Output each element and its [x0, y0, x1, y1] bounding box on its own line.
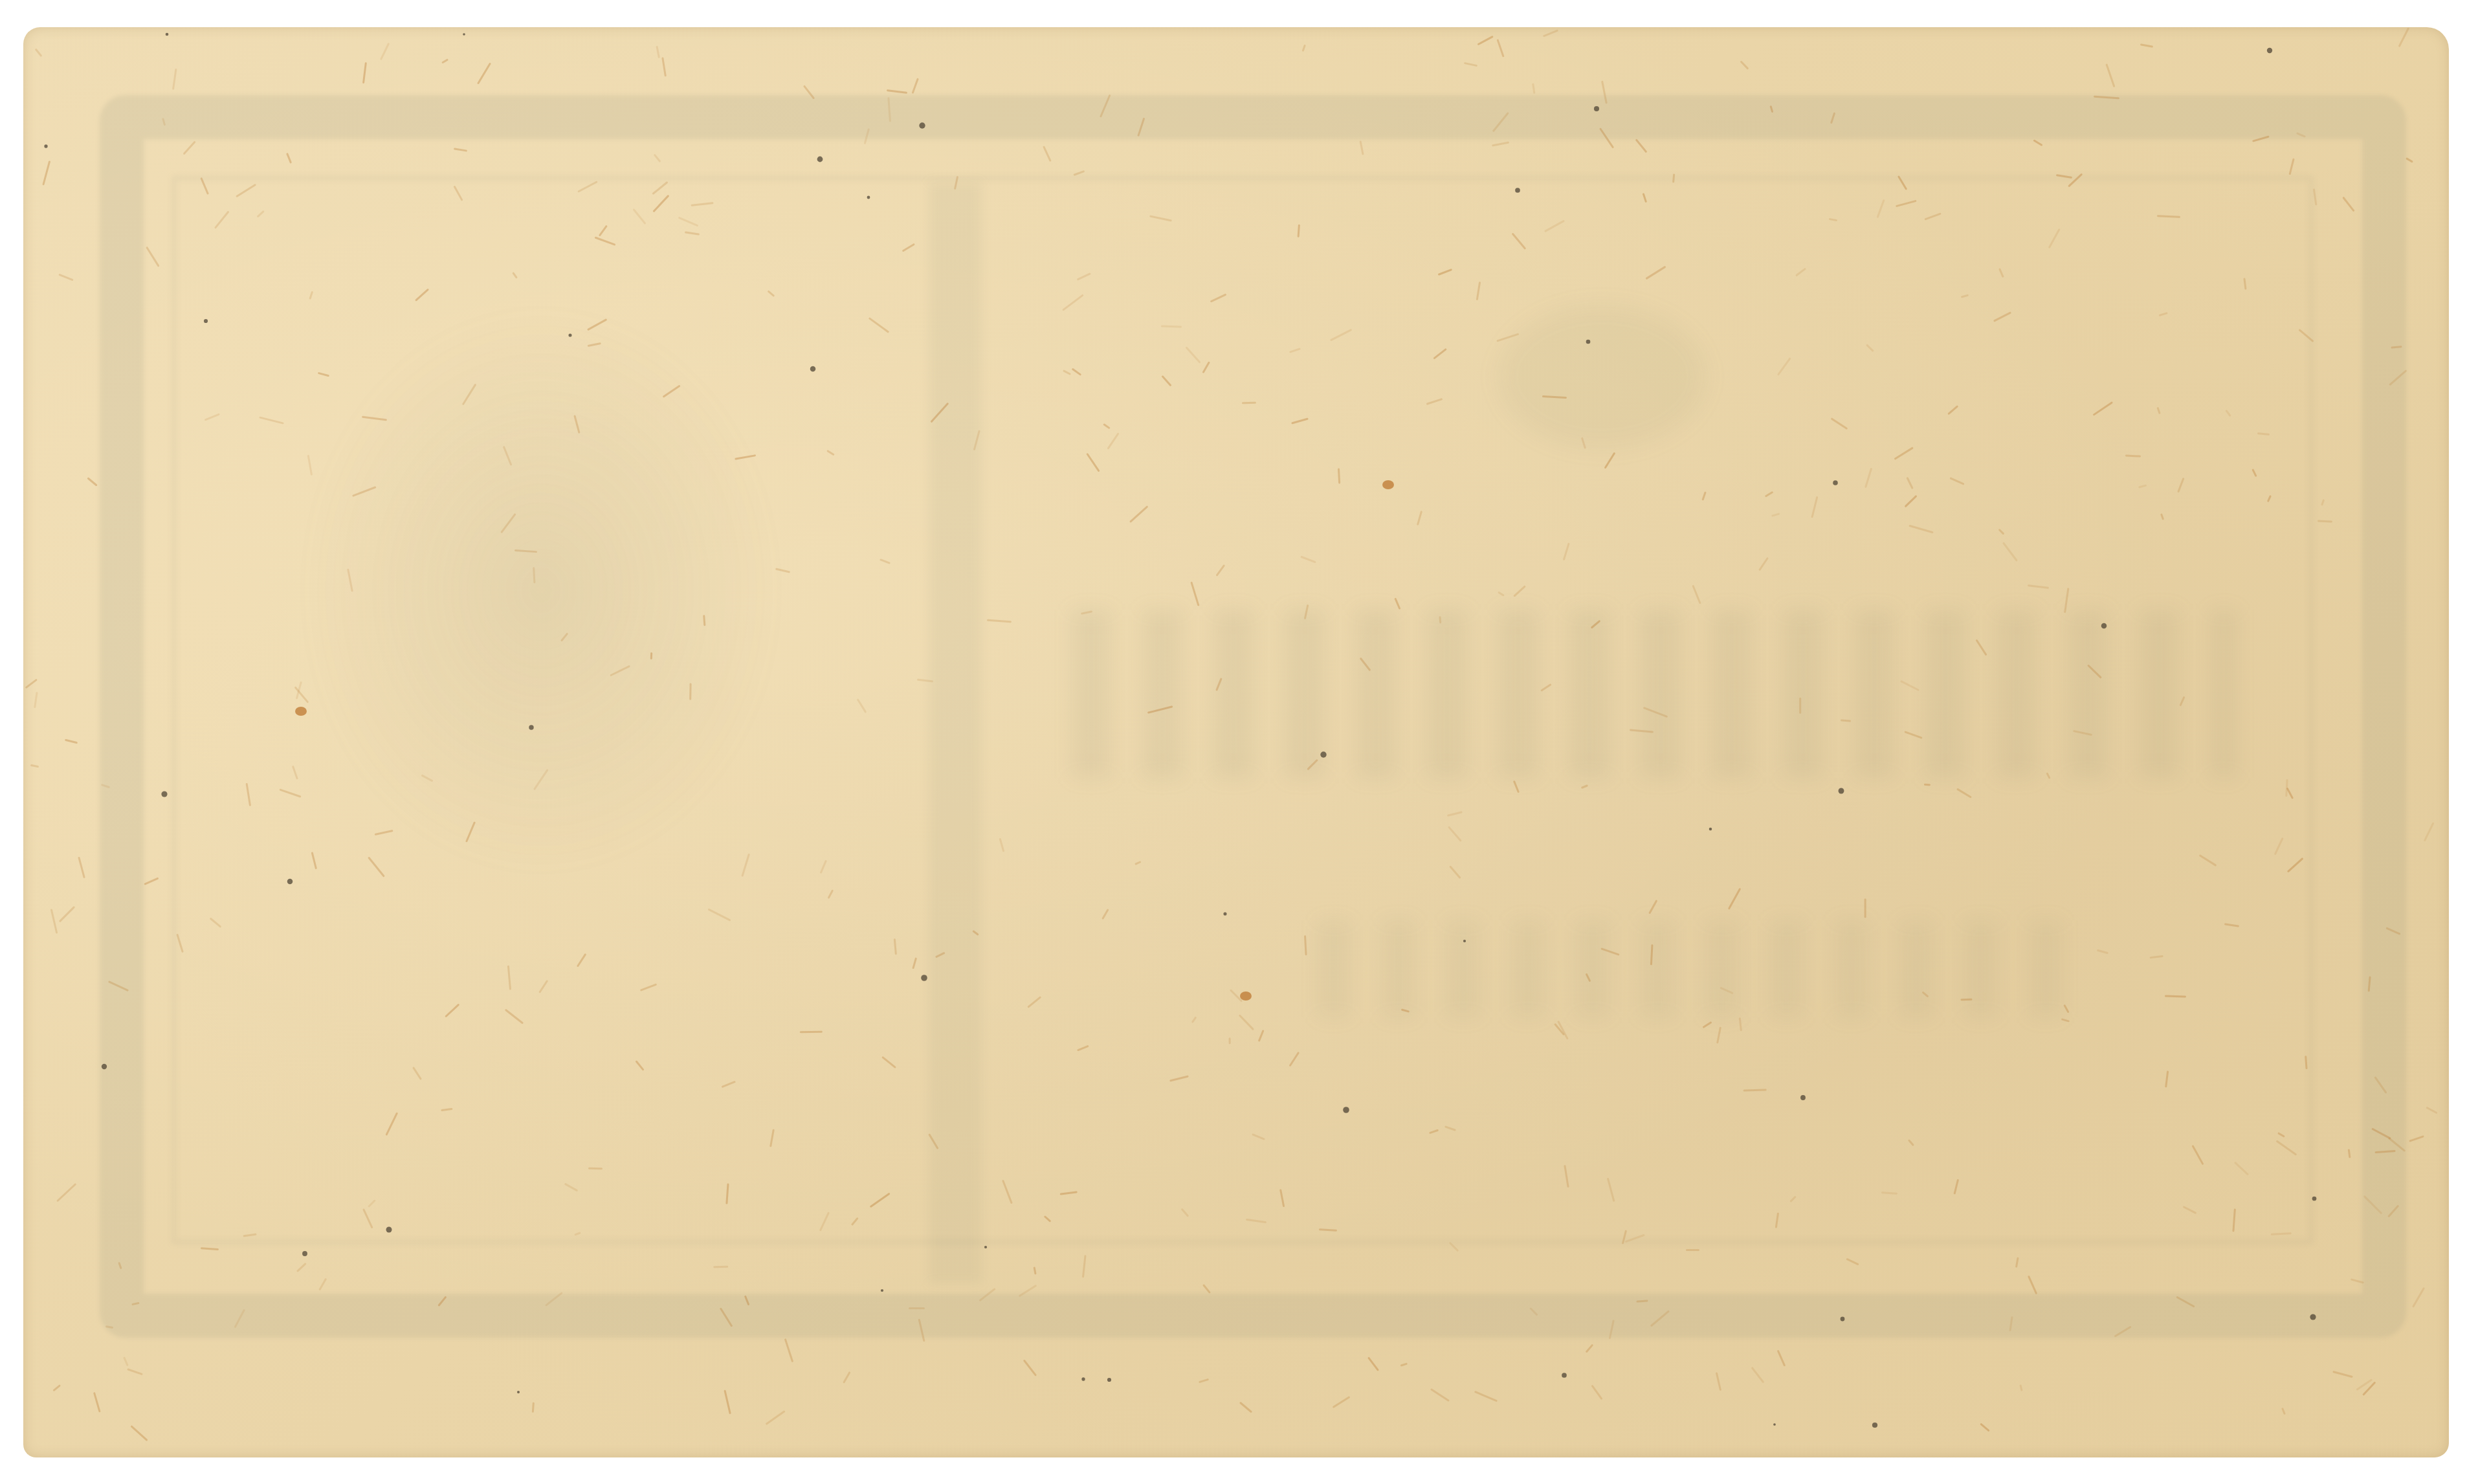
paper-speck [1223, 912, 1226, 915]
paper-fiber [1716, 1373, 1721, 1391]
paper-fiber [1776, 1350, 1786, 1367]
paper-speck [1800, 1095, 1806, 1100]
paper-fiber [2424, 822, 2435, 841]
paper-fiber [1591, 1385, 1602, 1401]
paper-fiber [1542, 29, 1558, 37]
paper-speck [867, 196, 870, 199]
paper-fiber [909, 1307, 925, 1309]
paper-fiber [131, 1425, 148, 1441]
paper-fiber [52, 1384, 61, 1391]
paper-fiber [58, 273, 73, 281]
paper-fiber [2412, 1287, 2425, 1307]
paper-speck [2312, 1197, 2316, 1201]
show-through-vignette [295, 299, 787, 881]
show-through-numeral [1499, 305, 1706, 448]
paper-speck [1343, 1107, 1349, 1113]
paper-speck [1107, 1378, 1111, 1382]
paper-fiber [1239, 1401, 1252, 1413]
paper-fiber [2398, 27, 2410, 47]
paper-fiber [441, 58, 448, 63]
show-through-lettering-secondary [1318, 920, 2094, 1017]
paper-stain-spot [1240, 991, 1252, 1001]
paper-fiber [661, 58, 667, 77]
paper-fiber [127, 1368, 143, 1375]
paper-speck [1586, 339, 1590, 344]
paper-speck [919, 122, 925, 128]
paper-fiber [1430, 1388, 1450, 1402]
paper-fiber [1585, 1344, 1593, 1353]
paper-fiber [1400, 1362, 1408, 1366]
image-description: Blank cream-colored fibrous paper with f… [0, 0, 1, 1]
paper-speck [1833, 480, 1838, 485]
paper-fiber [30, 764, 39, 768]
paper-speck [517, 1391, 520, 1393]
paper-fiber [78, 857, 85, 879]
paper-fiber [1242, 402, 1256, 404]
paper-speck [101, 1063, 106, 1069]
paper-fiber [2140, 43, 2153, 47]
paper-fiber [477, 62, 491, 84]
paper-fiber [65, 738, 78, 744]
paper-fiber [650, 652, 652, 659]
paper-fiber [588, 1168, 603, 1169]
paper-fiber [93, 1392, 101, 1412]
paper-fiber [1980, 1423, 1991, 1432]
paper-fiber [1799, 698, 1801, 714]
paper-fiber [843, 1371, 851, 1384]
paper-fiber [172, 69, 177, 91]
paper-fiber [1496, 39, 1504, 58]
paper-fiber [1477, 36, 1494, 45]
paper-fiber [2019, 1385, 2022, 1391]
show-through-lettering [1072, 610, 2237, 778]
paper-fiber [887, 89, 908, 94]
paper-fiber [34, 692, 38, 709]
paper-speck [166, 33, 169, 36]
paper-speck [1838, 788, 1844, 793]
paper-fiber [784, 1338, 794, 1362]
paper-fiber [362, 62, 367, 83]
paper-fiber [1198, 1378, 1208, 1383]
paper-fiber [57, 1183, 77, 1202]
paper-speck [204, 319, 208, 323]
paper-fiber [532, 1402, 535, 1412]
paper-fiber [1439, 616, 1441, 623]
paper-fiber [1740, 60, 1749, 69]
show-through-panel-divider [929, 183, 981, 1283]
paper-fiber [1532, 83, 1535, 93]
paper-speck [2267, 47, 2272, 52]
paper-fiber [1332, 1396, 1350, 1408]
paper-fiber [912, 78, 919, 94]
paper-speck [1709, 828, 1712, 831]
paper-fiber [1751, 1367, 1765, 1383]
paper-speck [1872, 1423, 1877, 1428]
paper-fiber [87, 477, 98, 487]
paper-stain-spot [1382, 480, 1394, 489]
paper-fiber [703, 615, 705, 626]
paper-fiber [1864, 898, 1866, 918]
paper-fiber [2105, 63, 2115, 87]
paper-stain-spot [295, 707, 307, 716]
paper-fiber [1464, 62, 1477, 67]
paper-speck [302, 1251, 307, 1256]
paper-fiber [42, 161, 50, 186]
paper-speck [1463, 940, 1466, 942]
paper-speck [1562, 1373, 1567, 1378]
paper-speck [1081, 1377, 1085, 1380]
paper-speck [2101, 623, 2106, 628]
paper-fiber [765, 1410, 785, 1425]
paper-fiber [2426, 1107, 2438, 1114]
paper-fiber [1228, 1037, 1230, 1044]
paper-fiber [35, 48, 43, 57]
paper-fiber [689, 683, 691, 700]
paper-sheet [23, 27, 2449, 1457]
paper-fiber [656, 45, 661, 58]
paper-fiber [380, 43, 390, 61]
paper-speck [45, 144, 48, 148]
paper-fiber [724, 1390, 731, 1414]
paper-speck [463, 33, 465, 36]
paper-fiber [123, 1357, 129, 1366]
paper-fiber [1023, 1360, 1036, 1377]
paper-fiber [59, 905, 75, 922]
paper-speck [817, 157, 823, 162]
paper-speck [1773, 1423, 1776, 1426]
paper-fiber [2332, 1371, 2353, 1378]
paper-fiber [1367, 1357, 1379, 1371]
paper-speck [1516, 188, 1521, 193]
paper-fiber [2409, 1136, 2424, 1143]
paper-fiber [50, 909, 58, 934]
paper-fiber [25, 679, 38, 689]
paper-fiber [2281, 1408, 2286, 1415]
paper-fiber [1474, 1391, 1498, 1402]
paper-fiber [1686, 1249, 1699, 1251]
paper-fiber [1301, 44, 1306, 52]
paper-fiber [2406, 157, 2413, 163]
